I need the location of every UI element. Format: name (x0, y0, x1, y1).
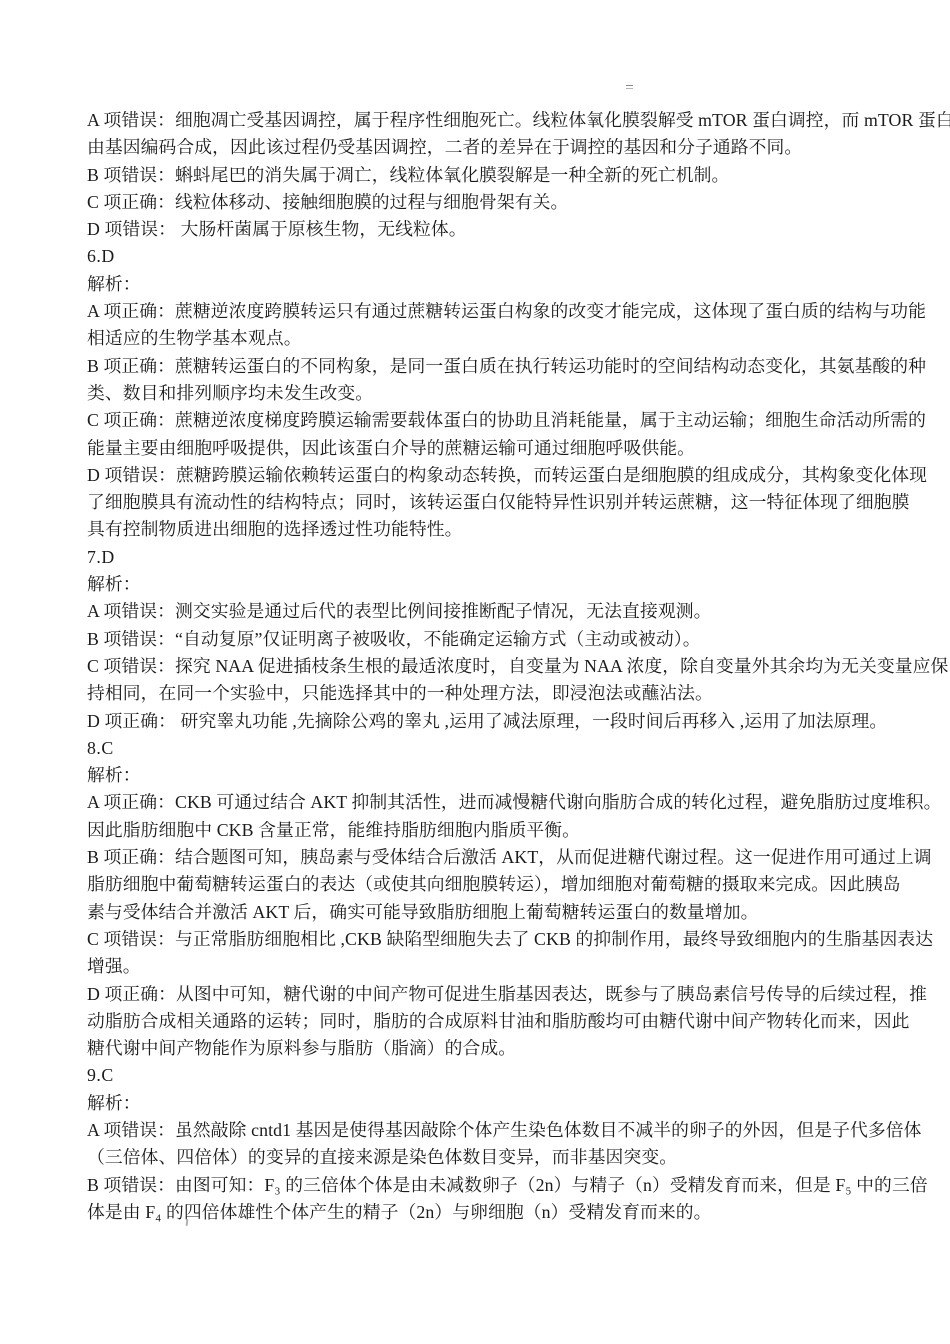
scan-artifact-top (626, 85, 633, 89)
answer-analysis-text: A 项错误：细胞凋亡受基因调控，属于程序性细胞死亡。线粒体氧化膜裂解受 mTOR… (87, 107, 887, 1226)
q9-option-b-analysis: B 项错误：由图可知：F₃ 的三倍体个体是由未减数卵子（2n）与精子（n）受精发… (87, 1172, 887, 1199)
q7-option-c-analysis-cont: 持相同，在同一个实验中，只能选择其中的一种处理方法，即浸泡法或蘸沾法。 (87, 680, 887, 707)
q8-answer-number: 8.C (87, 735, 887, 762)
q8-option-a-analysis-cont: 因此脂肪细胞中 CKB 含量正常，能维持脂肪细胞内脂质平衡。 (87, 817, 887, 844)
q7-analysis-heading: 解析： (87, 571, 887, 598)
document-page: A 项错误：细胞凋亡受基因调控，属于程序性细胞死亡。线粒体氧化膜裂解受 mTOR… (0, 0, 950, 1344)
q6-option-d-analysis: D 项错误：蔗糖跨膜运输依赖转运蛋白的构象动态转换，而转运蛋白是细胞膜的组成成分… (87, 462, 887, 489)
q5-option-c-analysis: C 项正确：线粒体移动、接触细胞膜的过程与细胞骨架有关。 (87, 189, 887, 216)
q9-answer-number: 9.C (87, 1062, 887, 1089)
q7-option-a-analysis: A 项错误：测交实验是通过后代的表型比例间接推断配子情况，无法直接观测。 (87, 598, 887, 625)
q6-option-a-analysis-cont: 相适应的生物学基本观点。 (87, 325, 887, 352)
q8-option-b-analysis-cont: 脂肪细胞中葡萄糖转运蛋白的表达（或使其向细胞膜转运），增加细胞对葡萄糖的摄取来完… (87, 871, 887, 898)
q8-option-a-analysis: A 项正确：CKB 可通过结合 AKT 抑制其活性，进而减慢糖代谢向脂肪合成的转… (87, 789, 887, 816)
q8-option-d-analysis-cont2: 糖代谢中间产物能作为原料参与脂肪（脂滴）的合成。 (87, 1035, 887, 1062)
q8-option-b-analysis: B 项正确：结合题图可知，胰岛素与受体结合后激活 AKT，从而促进糖代谢过程。这… (87, 844, 887, 871)
q7-answer-number: 7.D (87, 544, 887, 571)
q6-analysis-heading: 解析： (87, 271, 887, 298)
q9-option-a-analysis-cont: （三倍体、四倍体）的变异的直接来源是染色体数目变异，而非基因突变。 (87, 1144, 887, 1171)
q7-option-d-analysis: D 项正确： 研究睾丸功能 ,先摘除公鸡的睾丸 ,运用了减法原理，一段时间后再移… (87, 708, 887, 735)
q6-option-b-analysis-cont: 类、数目和排列顺序均未发生改变。 (87, 380, 887, 407)
q6-option-d-analysis-cont2: 具有控制物质进出细胞的选择透过性功能特性。 (87, 516, 887, 543)
q5-option-d-analysis: D 项错误： 大肠杆菌属于原核生物，无线粒体。 (87, 216, 887, 243)
q5-option-a-analysis-cont: 由基因编码合成，因此该过程仍受基因调控，二者的差异在于调控的基因和分子通路不同。 (87, 134, 887, 161)
q8-option-b-analysis-cont2: 素与受体结合并激活 AKT 后，确实可能导致脂肪细胞上葡萄糖转运蛋白的数量增加。 (87, 899, 887, 926)
q9-option-b-analysis-cont: 体是由 F₄ 的四倍体雄性个体产生的精子（2n）与卵细胞（n）受精发育而来的。 (87, 1199, 887, 1226)
q9-option-a-analysis: A 项错误：虽然敲除 cntd1 基因是使得基因敲除个体产生染色体数目不减半的卵… (87, 1117, 887, 1144)
q8-option-d-analysis-cont: 动脂肪合成相关通路的运转；同时，脂肪的合成原料甘油和脂肪酸均可由糖代谢中间产物转… (87, 1008, 887, 1035)
q9-analysis-heading: 解析： (87, 1090, 887, 1117)
q6-option-c-analysis-cont: 能量主要由细胞呼吸提供，因此该蛋白介导的蔗糖运输可通过细胞呼吸供能。 (87, 435, 887, 462)
q8-option-c-analysis: C 项错误：与正常脂肪细胞相比 ,CKB 缺陷型细胞失去了 CKB 的抑制作用，… (87, 926, 887, 953)
q5-option-b-analysis: B 项错误：蝌蚪尾巴的消失属于凋亡，线粒体氧化膜裂解是一种全新的死亡机制。 (87, 162, 887, 189)
q6-answer-number: 6.D (87, 243, 887, 270)
q6-option-c-analysis: C 项正确：蔗糖逆浓度梯度跨膜运输需要载体蛋白的协助且消耗能量，属于主动运输；细… (87, 407, 887, 434)
q8-option-c-analysis-cont: 增强。 (87, 953, 887, 980)
q6-option-b-analysis: B 项正确：蔗糖转运蛋白的不同构象，是同一蛋白质在执行转运功能时的空间结构动态变… (87, 353, 887, 380)
q5-option-a-analysis: A 项错误：细胞凋亡受基因调控，属于程序性细胞死亡。线粒体氧化膜裂解受 mTOR… (87, 107, 887, 134)
q8-analysis-heading: 解析： (87, 762, 887, 789)
q6-option-a-analysis: A 项正确：蔗糖逆浓度跨膜转运只有通过蔗糖转运蛋白构象的改变才能完成，这体现了蛋… (87, 298, 887, 325)
q8-option-d-analysis: D 项正确：从图中可知，糖代谢的中间产物可促进生脂基因表达，既参与了胰岛素信号传… (87, 981, 887, 1008)
q7-option-c-analysis: C 项错误：探究 NAA 促进插枝条生根的最适浓度时，自变量为 NAA 浓度，除… (87, 653, 887, 680)
q6-option-d-analysis-cont: 了细胞膜具有流动性的结构特点；同时，该转运蛋白仅能特异性识别并转运蔗糖，这一特征… (87, 489, 887, 516)
q7-option-b-analysis: B 项错误：“自动复原”仅证明离子被吸收，不能确定运输方式（主动或被动）。 (87, 626, 887, 653)
